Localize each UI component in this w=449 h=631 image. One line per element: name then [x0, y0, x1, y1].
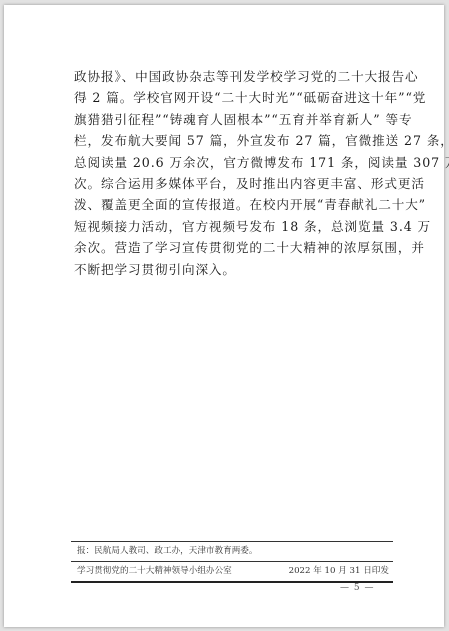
issue-date: 2022 年 10 月 31 日印发: [289, 565, 389, 578]
page-number: — 5 —: [340, 583, 374, 593]
body-line: 泼、覆盖更全面的宣传报道。在校内开展“青春献礼二十大”: [74, 194, 390, 215]
body-text: 政协报》、中国政协杂志等刊发学校学习党的二十大报告心 得 2 篇。学校官网开设“…: [74, 66, 390, 280]
body-line: 短视频接力活动，官方视频号发布 18 条，总浏览量 3.4 万: [74, 216, 390, 237]
document-page: 政协报》、中国政协杂志等刊发学校学习党的二十大报告心 得 2 篇。学校官网开设“…: [4, 5, 444, 627]
body-line: 栏，发布航大要闻 57 篇，外宣发布 27 篇，官微推送 27 条，: [74, 130, 390, 151]
issuer-text: 学习贯彻党的二十大精神领导小组办公室: [77, 565, 232, 578]
body-line: 得 2 篇。学校官网开设“二十大时光”“砥砺奋进这十年”“党: [74, 87, 390, 108]
body-line: 政协报》、中国政协杂志等刊发学校学习党的二十大报告心: [74, 66, 390, 87]
recipients-line: 报：民航局人教司、政工办，天津市教育两委。: [71, 542, 393, 561]
recipients-text: 报：民航局人教司、政工办，天津市教育两委。: [77, 545, 257, 558]
body-line: 总阅读量 20.6 万余次，官方微博发布 171 条，阅读量 307 万: [74, 152, 390, 173]
distribution-footer: 报：民航局人教司、政工办，天津市教育两委。 学习贯彻党的二十大精神领导小组办公室…: [71, 541, 393, 583]
body-line: 旗猎猎引征程”“铸魂育人固根本”“五育并举育新人” 等专: [74, 109, 390, 130]
body-line: 次。综合运用多媒体平台，及时推出内容更丰富、形式更活: [74, 173, 390, 194]
body-line: 不断把学习贯彻引向深入。: [74, 259, 390, 280]
issuer-line: 学习贯彻党的二十大精神领导小组办公室 2022 年 10 月 31 日印发: [71, 562, 393, 581]
body-line: 余次。营造了学习宣传贯彻党的二十大精神的浓厚氛围，并: [74, 237, 390, 258]
